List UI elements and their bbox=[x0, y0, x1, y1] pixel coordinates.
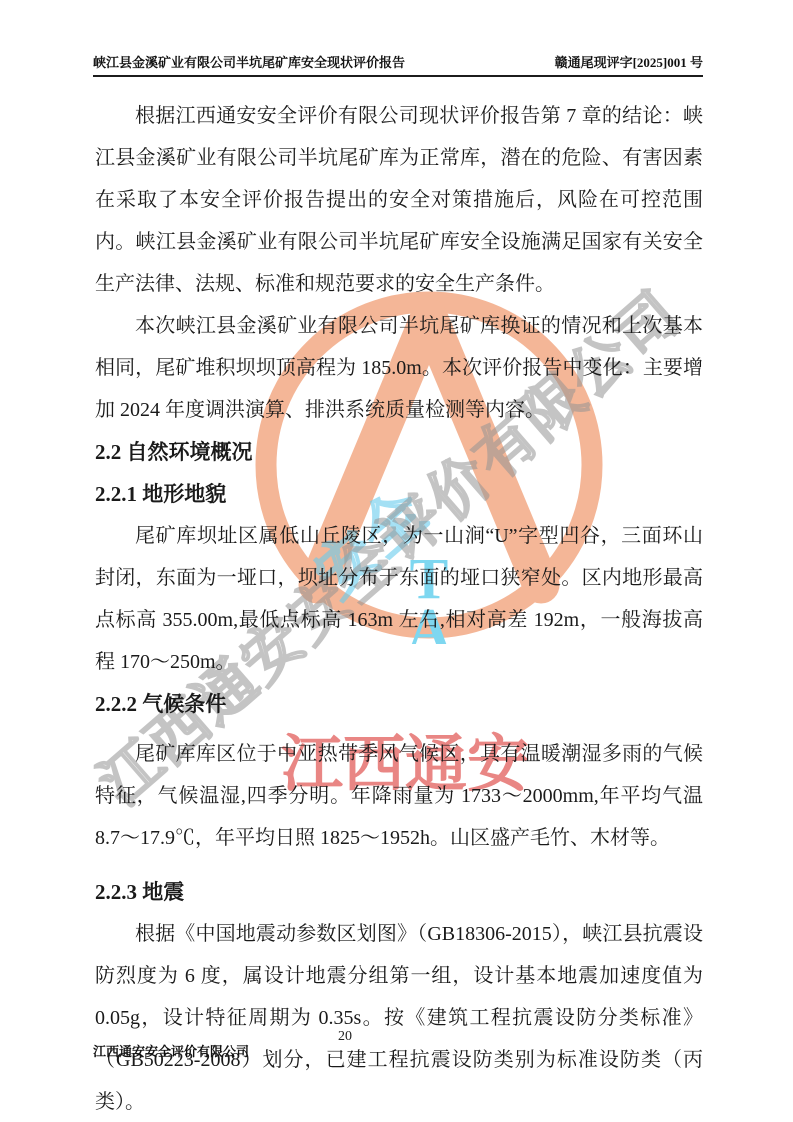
paragraph-renewal: 本次峡江县金溪矿业有限公司半坑尾矿库换证的情况和上次基本相同，尾矿堆积坝坝顶高程… bbox=[95, 305, 703, 431]
paragraph-seismic: 根据《中国地震动参数区划图》（GB18306-2015），峡江县抗震设防烈度为 … bbox=[95, 913, 703, 1122]
header-report-title: 峡江县金溪矿业有限公司半坑尾矿库安全现状评价报告 bbox=[93, 52, 405, 71]
heading-2-2-1-terrain: 2.2.1 地形地貌 bbox=[95, 473, 703, 515]
document-body: 根据江西通安安全评价有限公司现状评价报告第 7 章的结论：峡江县金溪矿业有限公司… bbox=[95, 95, 703, 1122]
paragraph-conclusion: 根据江西通安安全评价有限公司现状评价报告第 7 章的结论：峡江县金溪矿业有限公司… bbox=[95, 95, 703, 305]
header-doc-number: 赣通尾现评字[2025]001 号 bbox=[555, 52, 703, 71]
document-page: T A 安全 江西通安安全评价有限公司 江西通安 峡江县金溪矿业有限公司半坑尾矿… bbox=[0, 0, 793, 1122]
paragraph-climate: 尾矿库库区位于中亚热带季风气候区，具有温暖潮湿多雨的气候特征，气候温湿,四季分明… bbox=[95, 733, 703, 859]
header-rule bbox=[93, 75, 703, 77]
page-header: 峡江县金溪矿业有限公司半坑尾矿库安全现状评价报告 赣通尾现评字[2025]001… bbox=[93, 52, 703, 71]
heading-2-2-natural-environment: 2.2 自然环境概况 bbox=[95, 431, 703, 473]
heading-2-2-3-earthquake: 2.2.3 地震 bbox=[95, 871, 703, 913]
heading-2-2-2-climate: 2.2.2 气候条件 bbox=[95, 683, 703, 725]
footer-company: 江西通安安全评价有限公司 bbox=[93, 1041, 249, 1060]
paragraph-terrain: 尾矿库坝址区属低山丘陵区，为一山涧“U”字型凹谷，三面环山封闭，东面为一垭口，坝… bbox=[95, 515, 703, 683]
